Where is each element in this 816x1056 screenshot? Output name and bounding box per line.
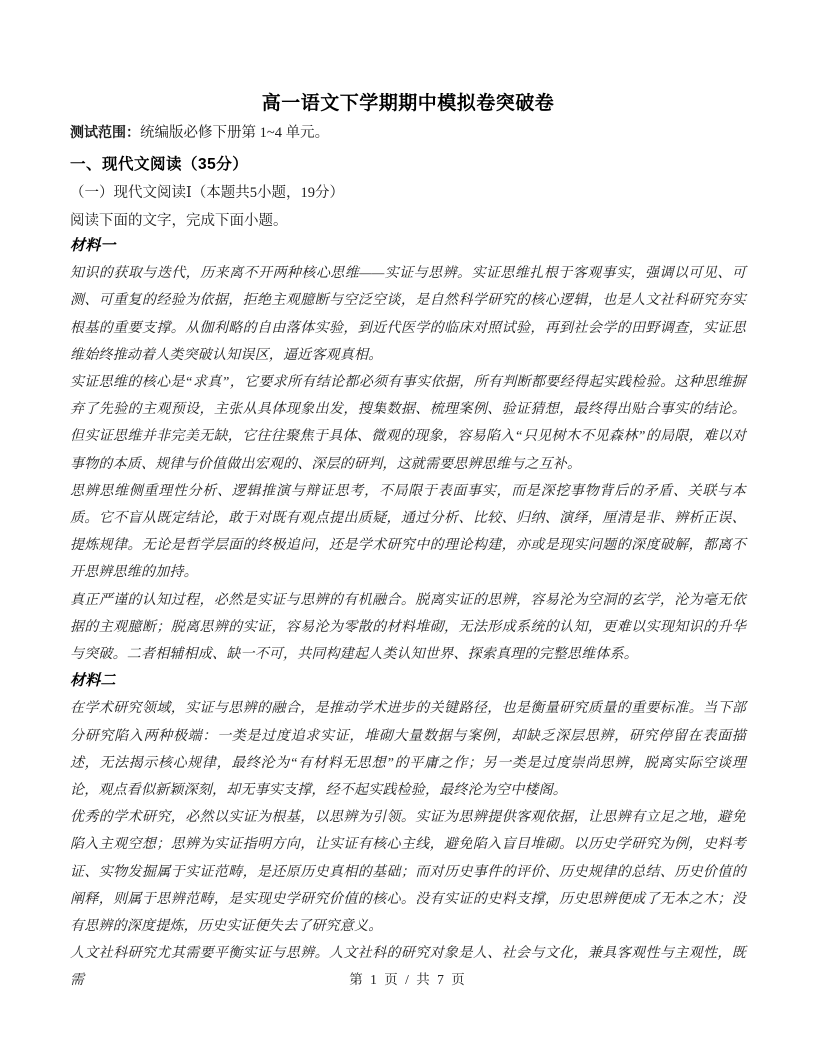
reading-passage: 材料一 知识的获取与迭代，历来离不开两种核心思维——实证与思辨。实证思维扎根于客… — [70, 233, 746, 995]
material-one-paragraph-4: 真正严谨的认知过程，必然是实证与思辨的有机融合。脱离实证的思辨，容易沦为空洞的玄… — [70, 587, 746, 669]
page-number-indicator: 第 1 页 / 共 7 页 — [70, 970, 746, 990]
material-two-paragraph-1: 在学术研究领域，实证与思辨的融合，是推动学术进步的关键路径，也是衡量研究质量的重… — [70, 695, 746, 804]
test-scope-text: 统编版必修下册第 1~4 单元。 — [140, 125, 329, 141]
material-two-label: 材料二 — [70, 668, 746, 695]
material-one-paragraph-1: 知识的获取与迭代，历来离不开两种核心思维——实证与思辨。实证思维扎根于客观事实，… — [70, 260, 746, 369]
subsection-heading-reading-one: （一）现代文阅读Ⅰ（本题共5小题，19分） — [70, 181, 746, 205]
reading-instruction: 阅读下面的文字，完成下面小题。 — [70, 209, 746, 233]
material-two-paragraph-2: 优秀的学术研究，必然以实证为根基，以思辨为引领。实证为思辨提供客观依据，让思辨有… — [70, 804, 746, 940]
material-one-paragraph-2: 实证思维的核心是“求真”，它要求所有结论都必须有事实依据，所有判断都要经得起实践… — [70, 369, 746, 478]
section-heading-modern-reading: 一、现代文阅读（35分） — [70, 153, 746, 177]
test-scope-line: 测试范围：统编版必修下册第 1~4 单元。 — [70, 120, 746, 145]
page-title: 高一语文下学期期中模拟卷突破卷 — [70, 92, 746, 116]
material-one-label: 材料一 — [70, 233, 746, 260]
test-scope-label: 测试范围： — [70, 124, 140, 140]
exam-paper-page: 高一语文下学期期中模拟卷突破卷 测试范围：统编版必修下册第 1~4 单元。 一、… — [70, 0, 746, 1056]
material-one-paragraph-3: 思辨思维侧重理性分析、逻辑推演与辩证思考，不局限于表面事实，而是深挖事物背后的矛… — [70, 478, 746, 587]
